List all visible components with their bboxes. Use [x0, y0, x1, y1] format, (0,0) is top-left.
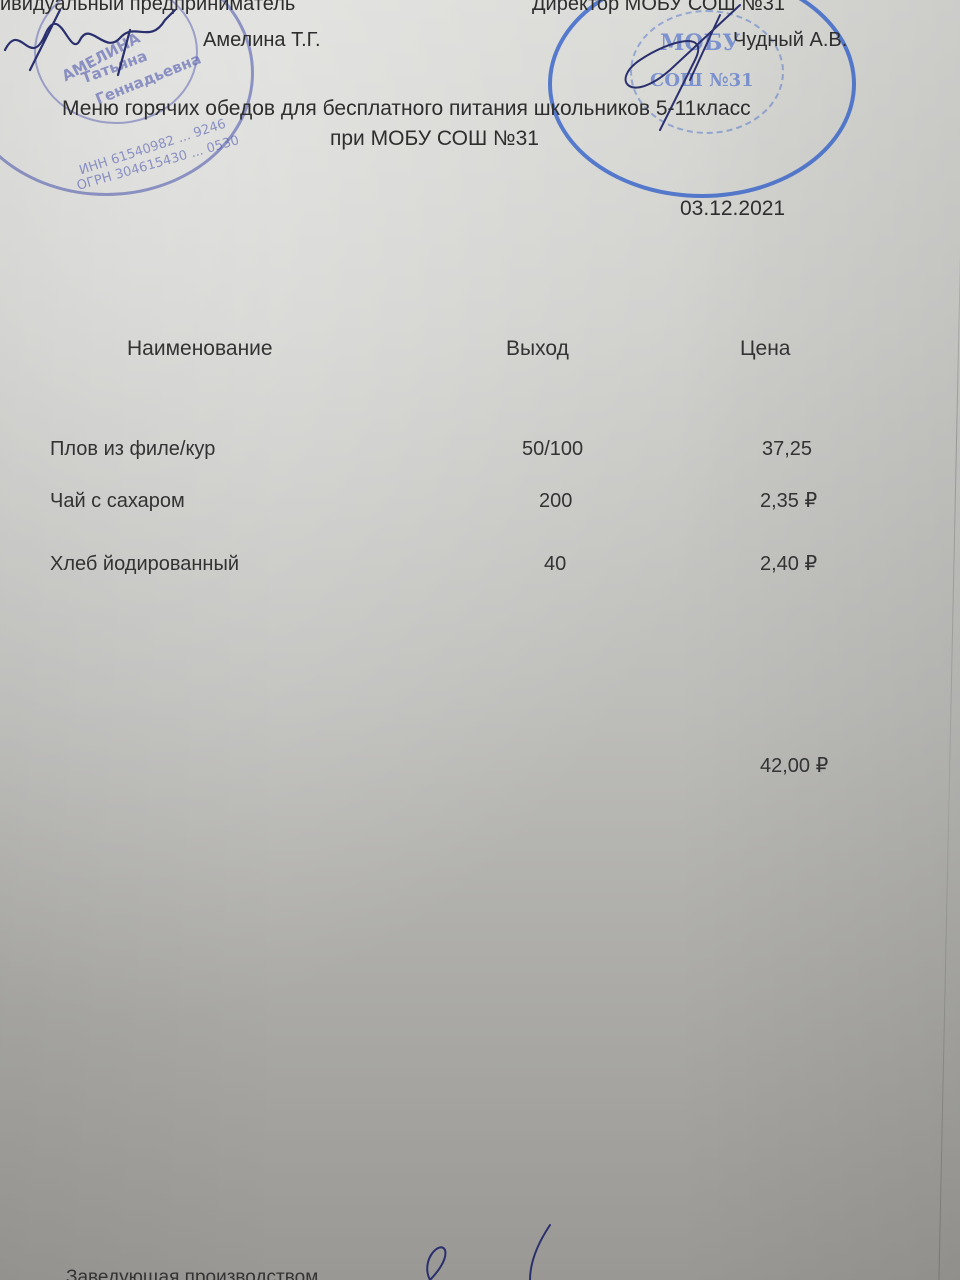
row-2-yield: 200 — [539, 491, 572, 511]
paper-edge-line — [938, 80, 960, 1280]
column-header-price: Цена — [740, 338, 791, 359]
column-header-name: Наименование — [127, 338, 273, 359]
column-header-yield: Выход — [506, 338, 569, 359]
row-3-price: 2,40 ₽ — [760, 554, 817, 574]
right-signatory-name: Чудный А.В. — [733, 30, 847, 50]
row-2-name: Чай с сахаром — [50, 491, 185, 511]
row-1-yield: 50/100 — [522, 439, 583, 459]
right-stamp-center-line-2: СОШ №31 — [650, 70, 754, 91]
menu-date: 03.12.2021 — [680, 198, 785, 219]
footer-production-manager-label: Заведующая производством — [66, 1268, 318, 1280]
menu-title-line-2: при МОБУ СОШ №31 — [330, 128, 539, 149]
row-3-yield: 40 — [544, 554, 566, 574]
left-stamp-inn: ИНН 61540982 ... 9246 — [77, 117, 227, 179]
paper-background — [0, 0, 960, 1280]
right-stamp-center-line-1: МОБУ — [660, 30, 740, 56]
left-stamp-name-line-2: Татьяна — [79, 47, 150, 87]
left-stamp-ogrn: ОГРН 304615430 ... 0530 — [75, 133, 241, 194]
footer-signature-icon — [400, 1220, 600, 1280]
row-1-name: Плов из филе/кур — [50, 439, 215, 459]
left-signatory-name: Амелина Т.Г. — [203, 30, 321, 50]
total-price: 42,00 ₽ — [760, 756, 828, 776]
menu-title-line-1: Меню горячих обедов для бесплатного пита… — [62, 98, 751, 119]
left-stamp-name-line-1: АМЕЛИНА — [59, 29, 143, 85]
row-1-price: 37,25 — [762, 439, 812, 459]
left-signatory-role: ивидуальный предприниматель — [0, 0, 295, 14]
row-2-price: 2,35 ₽ — [760, 491, 817, 511]
row-3-name: Хлеб йодированный — [50, 554, 239, 574]
right-signatory-role: Директор МОБУ СОШ №31 — [532, 0, 785, 14]
